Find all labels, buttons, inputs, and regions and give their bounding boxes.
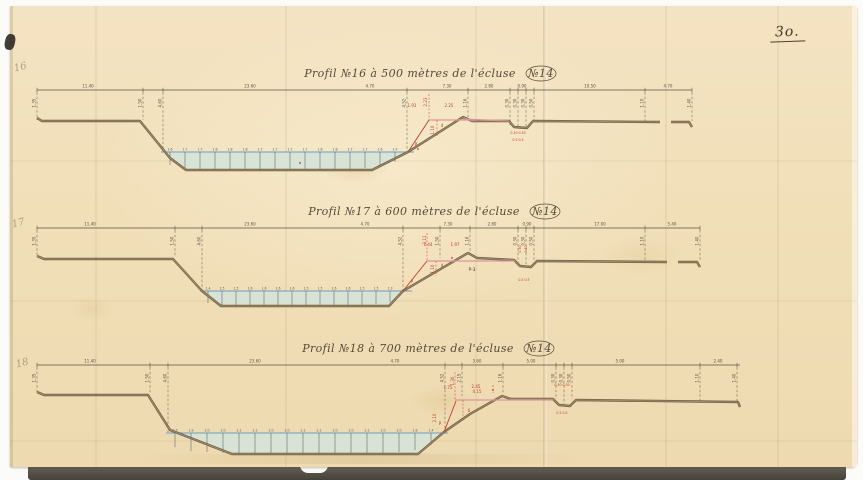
- sounding-value: 1.6: [247, 286, 252, 290]
- red-dimension-label: 0.5 0.5: [518, 278, 529, 282]
- guide-label: 4.52: [398, 236, 403, 245]
- sounding-value: 2.1: [252, 428, 257, 432]
- dimension-label: 5.40: [668, 222, 677, 227]
- sounding-value: 1.5: [373, 286, 378, 290]
- sounding-value: 2.0: [380, 428, 385, 432]
- red-point: [299, 162, 301, 164]
- red-dimension-label: 2.23: [423, 97, 428, 106]
- sounding-value: 1.5: [303, 286, 308, 290]
- dimension-label: 4.70: [361, 222, 370, 227]
- sounding-value: 1.5: [219, 286, 224, 290]
- red-dimension-label: 0.30 0.30: [554, 383, 569, 387]
- profile-18-section: Profil №18 à 700 mètres de l'écluse №14 …: [32, 341, 740, 454]
- red-dimension-label: 1.30: [450, 376, 455, 385]
- sounding-value: 1.8: [212, 147, 217, 151]
- dimension-label: 11.40: [82, 84, 94, 89]
- sounding-value: 1.6: [261, 286, 266, 290]
- annotation-label: P-3: [468, 267, 475, 273]
- red-dimension-label: P: [411, 279, 414, 284]
- terrain-line: [678, 262, 700, 267]
- profile-title: Profil №17 à 600 mètres de l'écluse: [307, 205, 520, 218]
- dimension-label: 23.60: [244, 84, 256, 89]
- dimension-label: 11.40: [84, 222, 96, 227]
- guide-label: 4.60: [163, 373, 168, 382]
- red-dimension-label: 1.97: [451, 242, 460, 247]
- red-dimension-label: 0.30 0.30: [510, 131, 525, 135]
- guide-label: 0.30: [513, 236, 518, 245]
- red-dimension-label: 1.91: [408, 103, 417, 108]
- sounding-value: 1.7: [362, 147, 367, 151]
- ecluse-number: №14: [525, 342, 552, 355]
- red-point: [492, 389, 494, 391]
- guide-label: 0.30: [505, 98, 510, 107]
- red-point: [451, 257, 453, 259]
- red-dimension-label: 2.25: [445, 103, 454, 108]
- red-dimension-label: 0.10: [524, 245, 528, 252]
- sounding-value: 2.0: [220, 428, 225, 432]
- profile-17-section: Profil №17 à 600 mètres de l'écluse №14 …: [32, 204, 700, 306]
- dimension-label: 5.00: [616, 359, 625, 364]
- dimension-label: 2.80: [485, 84, 494, 89]
- sounding-value: 1.7: [272, 147, 277, 151]
- guide-label: 4.52: [440, 373, 445, 382]
- red-slope-line: [403, 261, 427, 291]
- guide-label: 0.50: [567, 373, 572, 382]
- sounding-value: 2.1: [300, 428, 305, 432]
- sounding-value: 2.0: [284, 428, 289, 432]
- sounding-value: 1.5: [359, 286, 364, 290]
- guide-label: 1.10: [640, 236, 645, 245]
- sounding-value: 1.7: [257, 147, 262, 151]
- red-dimension-label: P: [439, 421, 442, 426]
- red-dimension-label: 4.15: [473, 389, 482, 394]
- sounding-value: 1.8: [242, 147, 247, 151]
- dimension-label: 4.70: [391, 359, 400, 364]
- dimension-label: 2.80: [488, 222, 497, 227]
- sounding-value: 1.4: [205, 286, 210, 290]
- red-point: [417, 148, 419, 150]
- terrain-line: [671, 122, 692, 127]
- scanned-sheet-scene: 3o. 16 17 18 Profil №16 à 500 mètres de …: [0, 0, 863, 480]
- sounding-value: 1.3: [387, 286, 392, 290]
- sounding-value: 1.6: [275, 286, 280, 290]
- guide-label: 1.16: [463, 98, 468, 107]
- dimension-label: 4.70: [366, 84, 375, 89]
- water-fill: [169, 433, 442, 453]
- sounding-value: 2.1: [236, 428, 241, 432]
- ecluse-number: №14: [531, 205, 558, 218]
- sounding-value: 2.1: [364, 428, 369, 432]
- sounding-value: 1.9: [188, 428, 193, 432]
- sounding-value: 2.0: [396, 428, 401, 432]
- water-fill: [203, 291, 401, 305]
- guide-label: 0.50: [529, 98, 534, 107]
- guide-label: 2.15: [457, 373, 462, 382]
- red-dimension-label: 2.10: [432, 413, 437, 422]
- guide-label: 0.30: [559, 373, 564, 382]
- dimension-label: 2.40: [714, 359, 723, 364]
- sounding-value: 1.7: [287, 147, 292, 151]
- sounding-value: 1.5: [233, 286, 238, 290]
- dimension-label: 0.90: [518, 84, 527, 89]
- guide-label: 1.10: [640, 98, 645, 107]
- guide-label: 0.30: [521, 98, 526, 107]
- guide-label: 1.35: [32, 236, 37, 245]
- sounding-value: 1.7: [197, 147, 202, 151]
- red-dimension-label: d: [441, 263, 444, 268]
- guide-label: 1.40: [695, 236, 700, 245]
- dimension-label: 17.00: [594, 222, 606, 227]
- water-fill: [163, 152, 406, 169]
- profiles-drawing: Profil №16 à 500 mètres de l'écluse №14 …: [0, 0, 863, 480]
- sounding-value: 1.7: [347, 147, 352, 151]
- sounding-value: 1.7: [182, 147, 187, 151]
- red-dimension-label: 0.5 0.5: [512, 138, 523, 142]
- red-dimension-label: 0.5 0.5: [556, 411, 567, 415]
- dimension-label: 23.60: [244, 222, 256, 227]
- guide-label: 1.40: [732, 373, 737, 382]
- sounding-value: 1.5: [317, 286, 322, 290]
- red-dimension-label: 1.10: [430, 264, 435, 273]
- profile-title: Profil №18 à 700 mètres de l'écluse: [301, 342, 514, 355]
- dimension-label: 5.00: [527, 359, 536, 364]
- sounding-value: 2.0: [268, 428, 273, 432]
- sounding-value: 2.0: [348, 428, 353, 432]
- red-dimension-label: 1.10: [430, 125, 435, 134]
- sounding-value: 1.8: [227, 147, 232, 151]
- guide-label: 1.16: [498, 373, 503, 382]
- guide-label: 0.50: [529, 236, 534, 245]
- sounding-value: 1.6: [289, 286, 294, 290]
- dimension-label: 3.60: [473, 359, 482, 364]
- sounding-value: 1.7: [302, 147, 307, 151]
- guide-label: 1.40: [687, 98, 692, 107]
- dimension-label: 11.40: [84, 359, 96, 364]
- sounding-value: 1.6: [345, 286, 350, 290]
- guide-label: 4.60: [158, 98, 163, 107]
- sounding-value: 1.8: [317, 147, 322, 151]
- red-dimension-label: 6: [468, 408, 471, 413]
- dimension-label: 23.60: [249, 359, 261, 364]
- dimension-label: 10.50: [584, 84, 596, 89]
- ecluse-number: №14: [527, 67, 554, 80]
- guide-label: 0.30: [551, 373, 556, 382]
- dimension-label: 7.30: [443, 84, 452, 89]
- dimension-label: 7.30: [444, 222, 453, 227]
- profile-title: Profil №16 à 500 mètres de l'écluse: [303, 67, 516, 80]
- guide-label: 1.16: [465, 236, 470, 245]
- guide-label: 1.35: [32, 98, 37, 107]
- sounding-value: 1.8: [332, 147, 337, 151]
- sounding-value: 1.4: [428, 428, 433, 432]
- guide-label: 1.50: [170, 236, 175, 245]
- dimension-label: 4.70: [664, 84, 673, 89]
- sounding-value: 1.6: [331, 286, 336, 290]
- red-dimension-label: d: [441, 123, 444, 128]
- guide-label: 1.35: [32, 373, 37, 382]
- red-dimension-label: 0.30: [518, 245, 522, 252]
- profile-16-section: Profil №16 à 500 mètres de l'écluse №14 …: [32, 66, 692, 170]
- guide-label: 4.60: [197, 236, 202, 245]
- sounding-value: 1.8: [412, 428, 417, 432]
- dimension-label: 0.90: [523, 222, 532, 227]
- sounding-value: 1.4: [392, 147, 397, 151]
- sounding-value: 1.6: [377, 147, 382, 151]
- guide-label: 1.10: [695, 373, 700, 382]
- guide-label: 1.50: [145, 373, 150, 382]
- sounding-value: 2.1: [316, 428, 321, 432]
- red-slope-line: [408, 120, 429, 152]
- guide-label: 0.30: [513, 98, 518, 107]
- guide-label: 1.50: [138, 98, 143, 107]
- sounding-value: 2.0: [332, 428, 337, 432]
- guide-label: 1.50: [435, 236, 440, 245]
- sounding-value: 1.6: [167, 147, 172, 151]
- red-dimension-label: 2.11: [422, 235, 427, 244]
- guide-label: 4.52: [402, 98, 407, 107]
- sounding-value: 2.0: [204, 428, 209, 432]
- guide-label: 0.30: [521, 236, 526, 245]
